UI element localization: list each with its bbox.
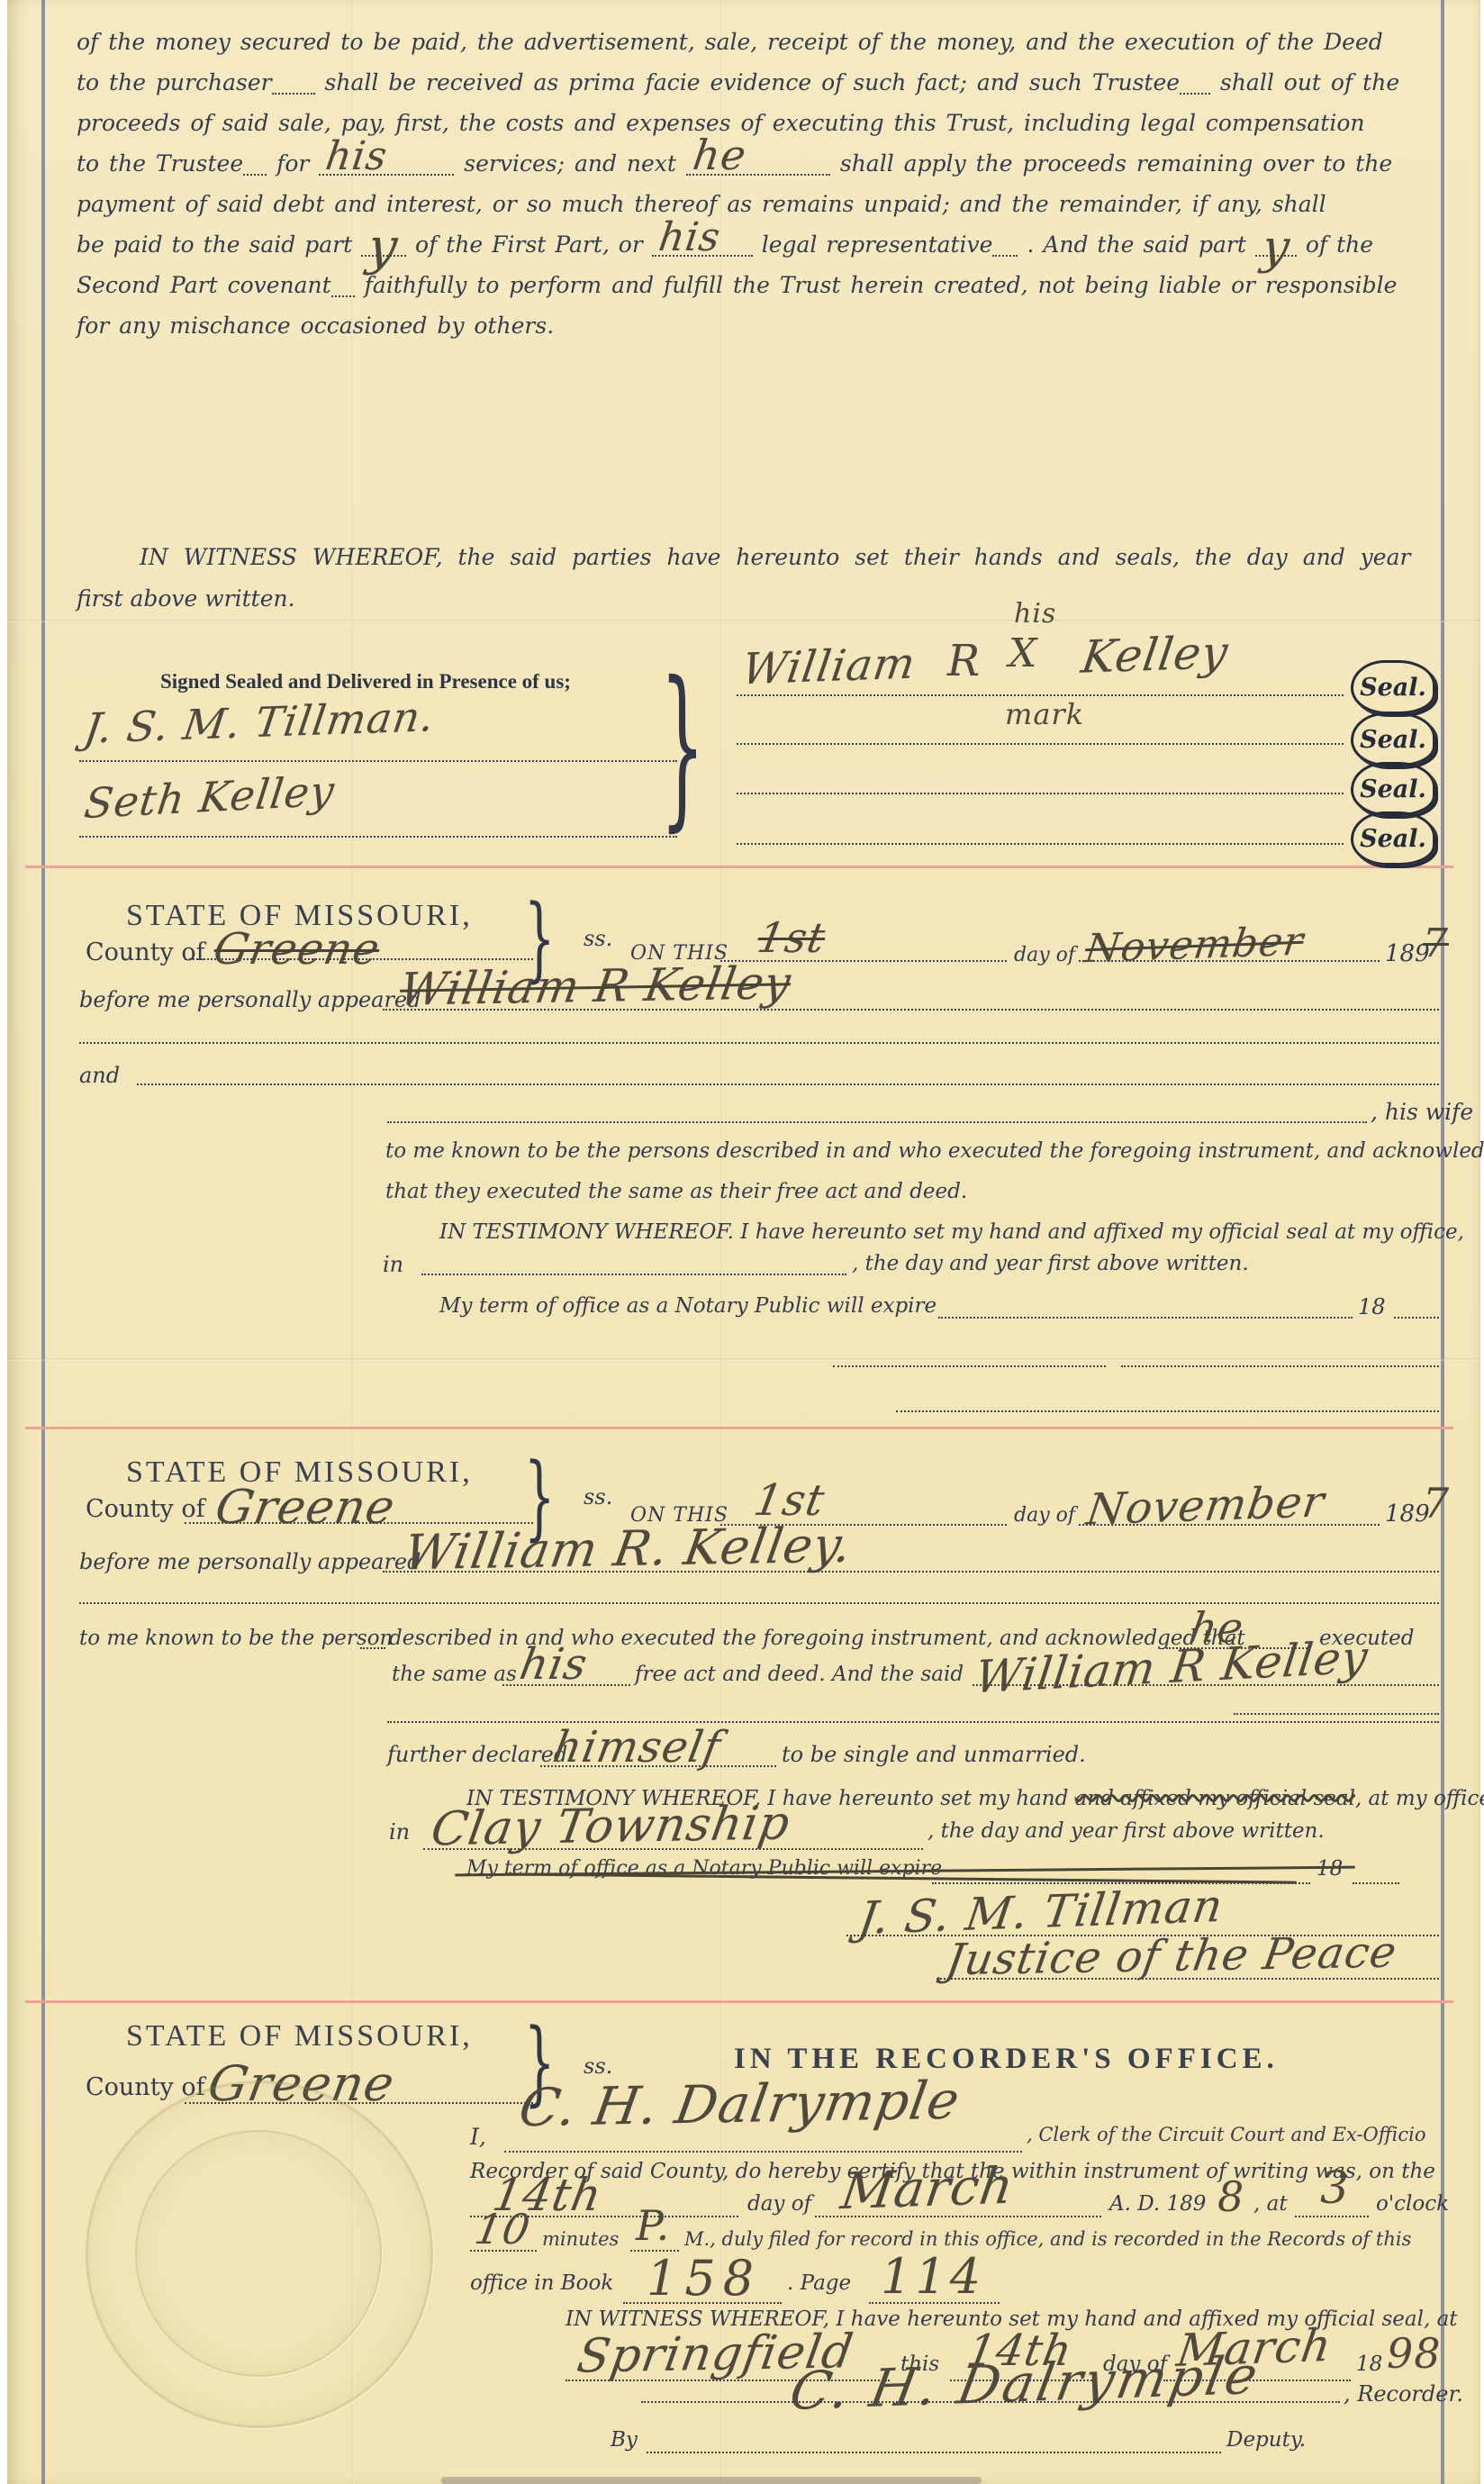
clause-text: to the Trustee bbox=[77, 150, 243, 177]
recorder-hour-value: 3 bbox=[1320, 2162, 1350, 2214]
testimony-text: , at my office, bbox=[1355, 1787, 1484, 1810]
principal-signature-line-1 bbox=[737, 694, 1344, 696]
notary1-day-of: day of bbox=[1014, 944, 1075, 966]
notary2-in-label: in bbox=[389, 1819, 410, 1845]
blank-field bbox=[331, 272, 355, 297]
recorder-year-value: 8 bbox=[1217, 2172, 1244, 2221]
blank-field-his: his bbox=[319, 150, 454, 176]
seal-badge-3: Seal. bbox=[1351, 762, 1435, 816]
notary1-testimony-line: IN TESTIMONY WHEREOF. I have hereunto se… bbox=[439, 1220, 1464, 1244]
recorder-hour-line bbox=[1295, 2216, 1369, 2217]
clause-text: . And the said part bbox=[1027, 231, 1245, 258]
blank-field-his: his bbox=[652, 231, 753, 257]
notary2-term-year-line bbox=[1353, 1882, 1399, 1884]
notary2-known-pre: to me known to be the person bbox=[79, 1627, 393, 1650]
blank-field bbox=[992, 231, 1018, 257]
recorder-book-label: office in Book bbox=[470, 2271, 613, 2295]
clause-text: legal representative bbox=[762, 231, 993, 258]
clause-text: to the purchaser bbox=[77, 69, 272, 95]
justice-title: Justice of the Peace bbox=[943, 1927, 1401, 1986]
clause-line-7: Second Part covenant faithfully to perfo… bbox=[77, 272, 1397, 298]
recorder-state-heading: STATE OF MISSOURI, bbox=[126, 2019, 473, 2053]
blank-field-y: y bbox=[361, 231, 406, 257]
recorder-clerk-title: , Clerk of the Circuit Court and Ex-Offi… bbox=[1027, 2124, 1425, 2145]
clause-text: shall out of the bbox=[1220, 69, 1399, 95]
recorder-year2-value: 98 bbox=[1387, 2329, 1442, 2378]
his-mark-his: his bbox=[1014, 598, 1056, 630]
notary2-name2-tail-line bbox=[1234, 1713, 1439, 1715]
recorder-day-of: day of bbox=[747, 2192, 811, 2216]
recorder-by-label: By bbox=[611, 2428, 638, 2452]
handwritten-his: his bbox=[323, 133, 391, 179]
notary1-place-line bbox=[421, 1274, 846, 1275]
principal-signature-line-2 bbox=[737, 743, 1344, 745]
clause-text: shall be received as prima facie evidenc… bbox=[325, 69, 1181, 95]
blank-field-he: he bbox=[686, 150, 830, 176]
notary2-county-label: County of bbox=[86, 1495, 205, 1523]
blank-field-y: y bbox=[1255, 231, 1297, 257]
blank-field bbox=[272, 69, 315, 95]
seal-badge-1: Seal. bbox=[1351, 660, 1435, 714]
fold-crease-middle bbox=[7, 1358, 1480, 1361]
notary1-written-line: , the day and year first above written. bbox=[852, 1252, 1249, 1275]
notary1-term-year-line bbox=[1394, 1317, 1439, 1319]
notary2-his-value: his bbox=[516, 1639, 592, 1690]
clause-text: services; and next bbox=[464, 150, 676, 177]
his-mark-mark: mark bbox=[1005, 697, 1084, 731]
notary1-county-label: County of bbox=[86, 938, 205, 966]
seal-label: Seal. bbox=[1360, 825, 1426, 853]
seal-badge-2: Seal. bbox=[1351, 712, 1435, 766]
notary2-written-line: , the day and year first above written. bbox=[927, 1819, 1325, 1843]
notary1-county-value: Greene bbox=[210, 924, 384, 975]
recorder-minutes-value: 10 bbox=[471, 2205, 534, 2253]
presence-label: Signed Sealed and Delivered in Presence … bbox=[160, 670, 571, 694]
his-mark-x: X bbox=[1009, 630, 1037, 676]
seal-badge-4: Seal. bbox=[1351, 811, 1435, 866]
notary1-in-label: in bbox=[383, 1252, 403, 1277]
notary2-same-as: the same as bbox=[392, 1663, 517, 1686]
clause-text: of the bbox=[1306, 231, 1373, 258]
recorder-page-label: . Page bbox=[787, 2271, 851, 2295]
witness-heading-line-1: IN WITNESS WHEREOF, the said parties hav… bbox=[140, 544, 1410, 570]
principal-signature-initial: R bbox=[947, 636, 981, 686]
recorder-book-value: 158 bbox=[647, 2250, 761, 2307]
notary1-wife-line bbox=[387, 1121, 1367, 1123]
recorder-meridiem-value: P. bbox=[636, 2201, 670, 2250]
notary1-term-line bbox=[938, 1317, 1353, 1319]
recorder-office-heading: IN THE RECORDER'S OFFICE. bbox=[734, 2043, 1279, 2076]
notary2-year-value: 7 bbox=[1423, 1479, 1450, 1528]
recorder-clerk-name: C. H. Dalrymple bbox=[515, 2070, 964, 2138]
notary2-single-label: to be single and unmarried. bbox=[782, 1742, 1086, 1767]
principal-signature-last: Kelley bbox=[1078, 626, 1232, 684]
notary2-free-act: free act and deed. And the said bbox=[635, 1663, 964, 1686]
recorder-deputy-line bbox=[647, 2452, 1221, 2453]
clause-text: Second Part covenant bbox=[77, 272, 331, 298]
recorder-page-value: 114 bbox=[881, 2248, 984, 2305]
notary1-halfline-a1 bbox=[833, 1365, 1106, 1367]
notary1-known-line-1: to me known to be the persons described … bbox=[385, 1139, 1484, 1163]
notary2-appeared-label: before me personally appeared bbox=[79, 1549, 421, 1574]
clause-line-8: for any mischance occasioned by others. bbox=[77, 313, 554, 339]
notary2-place-value: Clay Township bbox=[428, 1797, 794, 1857]
clause-line-1: of the money secured to be paid, the adv… bbox=[77, 29, 1383, 55]
section-divider-red-2 bbox=[25, 1427, 1453, 1429]
notary2-known-dots-1 bbox=[360, 1647, 385, 1649]
scan-edge-smudge bbox=[441, 2477, 982, 2484]
notary1-day-value: 1st bbox=[754, 913, 829, 962]
notary1-and-label: and bbox=[79, 1063, 120, 1088]
recorder-i-label: I, bbox=[470, 2124, 486, 2150]
clause-text: be paid to the said part bbox=[77, 231, 352, 258]
notary1-ss: ss. bbox=[584, 926, 612, 951]
notary1-appeared-value: William R Kelley bbox=[396, 956, 795, 1016]
notary1-month-value: November bbox=[1082, 919, 1307, 972]
notary1-halfline-a2 bbox=[1121, 1365, 1439, 1367]
embossed-seal-inner bbox=[135, 2130, 382, 2377]
clause-text: shall apply the proceeds remaining over … bbox=[840, 150, 1392, 177]
notary1-term-year: 18 bbox=[1358, 1294, 1386, 1319]
notary2-appeared-value: William R. Kelley. bbox=[400, 1517, 856, 1582]
witness-signature-line-1 bbox=[79, 760, 677, 762]
notary2-ss: ss. bbox=[584, 1484, 612, 1509]
recorder-clerk-line bbox=[504, 2151, 1022, 2153]
justice-title-line bbox=[937, 1978, 1439, 1980]
notary2-month-value: November bbox=[1083, 1476, 1327, 1535]
section-divider-red-3 bbox=[25, 2000, 1453, 2003]
notary1-appeared-label: before me personally appeared bbox=[79, 987, 421, 1012]
notary2-further-label: further declared bbox=[387, 1742, 567, 1767]
notary2-day-of: day of bbox=[1014, 1504, 1075, 1527]
testimony-struck-text: and affixed my official seal bbox=[1075, 1787, 1355, 1810]
notary2-county-value: Greene bbox=[212, 1481, 400, 1535]
recorder-at-label: , at bbox=[1253, 2192, 1288, 2216]
notary1-his-wife: , his wife bbox=[1371, 1099, 1473, 1125]
recorder-month-value: March bbox=[837, 2157, 1018, 2222]
clause-line-5: payment of said debt and interest, or so… bbox=[77, 191, 1326, 217]
recorder-oclock: o'clock bbox=[1376, 2192, 1449, 2216]
principal-signature-first: William bbox=[739, 639, 919, 695]
clause-line-6: be paid to the said part y of the First … bbox=[77, 231, 1373, 258]
notary1-year-value: 7 bbox=[1423, 920, 1449, 966]
left-margin-rule bbox=[41, 0, 45, 2484]
seal-label: Seal. bbox=[1360, 674, 1426, 702]
seal-label: Seal. bbox=[1360, 726, 1426, 754]
section-divider-red-1 bbox=[25, 866, 1453, 868]
notary1-term-label: My term of office as a Notary Public wil… bbox=[439, 1294, 937, 1318]
witness-heading-line-2: first above written. bbox=[77, 585, 295, 612]
clause-line-2: to the purchaser shall be received as pr… bbox=[77, 69, 1399, 95]
blank-field bbox=[1180, 69, 1210, 95]
recorder-year2-printed: 18 bbox=[1356, 2353, 1382, 2376]
notary1-and-line bbox=[137, 1083, 1439, 1085]
recorder-deputy-label: Deputy. bbox=[1226, 2428, 1306, 2452]
principal-signature-line-3 bbox=[737, 793, 1344, 794]
clause-text: of the First Part, or bbox=[415, 231, 643, 258]
notary2-himself-value: himself bbox=[549, 1722, 725, 1772]
fold-crease-top bbox=[7, 620, 1480, 622]
clause-text: for bbox=[276, 150, 309, 177]
notary1-halfline-b bbox=[896, 1410, 1439, 1412]
scanned-deed-page: of the money secured to be paid, the adv… bbox=[0, 0, 1484, 2484]
clause-text: faithfully to perform and fulfill the Tr… bbox=[365, 272, 1398, 298]
blank-field bbox=[243, 150, 267, 176]
handwritten-he: he bbox=[690, 131, 749, 179]
notary2-term-year: 18 bbox=[1317, 1857, 1343, 1881]
witness-brace: } bbox=[660, 660, 705, 834]
seal-label: Seal. bbox=[1360, 775, 1426, 803]
principal-signature-line-4 bbox=[737, 843, 1344, 845]
recorder-label: , Recorder. bbox=[1344, 2381, 1463, 2407]
recorder-ad-printed: A. D. 189 bbox=[1109, 2192, 1206, 2216]
clause-line-4: to the Trustee for his services; and nex… bbox=[77, 150, 1392, 177]
notary1-blank-line bbox=[79, 1042, 1439, 1044]
recorder-signature-line bbox=[641, 2401, 1340, 2403]
recorder-m-line: M., duly filed for record in this office… bbox=[684, 2228, 1411, 2250]
handwritten-his: his bbox=[656, 214, 723, 260]
recorder-minutes-label: minutes bbox=[542, 2228, 619, 2250]
notary1-known-line-2: that they executed the same as their fre… bbox=[385, 1180, 967, 1203]
notary2-continuation-line bbox=[387, 1721, 1439, 1723]
witness-signature-line-2 bbox=[79, 836, 677, 838]
